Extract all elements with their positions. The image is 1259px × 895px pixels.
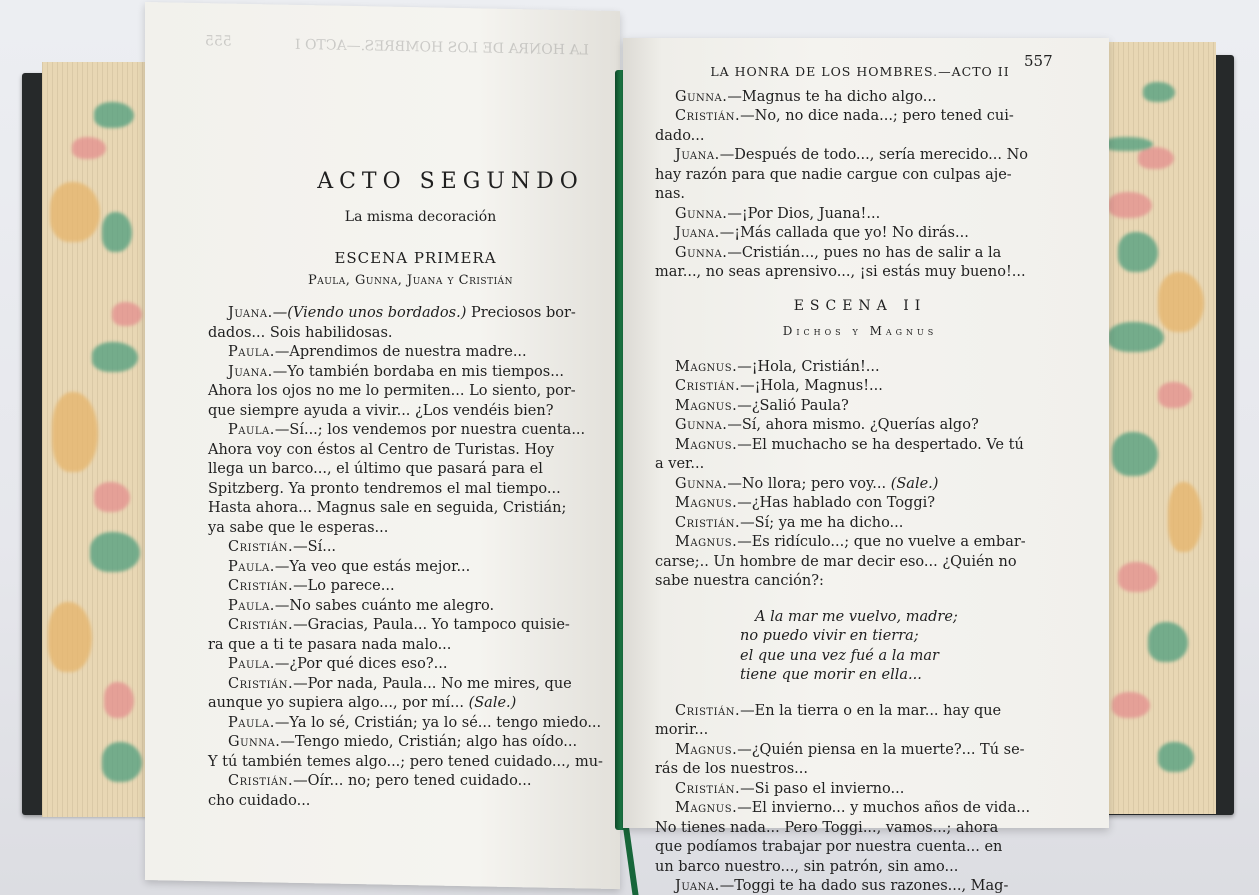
- dialogue-block-mid: Magnus.—¡Hola, Cristián!...Cristián.—¡Ho…: [655, 358, 1065, 592]
- dialogue-text: —El muchacho se ha despertado. Ve tú: [737, 437, 1024, 453]
- dialogue-text: —¿Salió Paula?: [737, 398, 849, 414]
- dialogue-line: Paula.—Aprendimos de nuestra madre...: [208, 343, 613, 363]
- dialogue-text: —Después de todo..., sería merecido... N…: [720, 147, 1028, 163]
- speaker-name: Paula.: [228, 715, 275, 731]
- dialogue-line: Gunna.—¡Por Dios, Juana!...: [655, 205, 1065, 225]
- dialogue-line: Magnus.—El invierno... y muchos años de …: [655, 799, 1065, 819]
- dialogue-text: rás de los nuestros...: [655, 761, 808, 777]
- dialogue-text: —El invierno... y muchos años de vida...: [737, 800, 1030, 816]
- dialogue-text: —¿Por qué dices eso?...: [275, 656, 448, 672]
- dialogue-text: que siempre ayuda a vivir... ¿Los vendéi…: [208, 403, 553, 419]
- dialogue-line: Juana.—Toggi te ha dado sus razones..., …: [655, 877, 1065, 895]
- dialogue-block: Juana.—(Viendo unos bordados.) Preciosos…: [208, 304, 613, 811]
- speaker-name: Magnus.: [675, 495, 737, 511]
- dialogue-line: Juana.—¡Más callada que yo! No dirás...: [655, 224, 1065, 244]
- dialogue-line: carse;.. Un hombre de mar decir eso... ¿…: [655, 553, 1065, 573]
- dialogue-line: llega un barco..., el último que pasará …: [208, 460, 613, 480]
- stage-direction: (Sale.): [886, 476, 938, 492]
- speaker-name: Gunna.: [675, 206, 727, 222]
- dialogue-text: —Yo también bordaba en mis tiempos...: [273, 364, 564, 380]
- dialogue-line: Paula.—¿Por qué dices eso?...: [208, 655, 613, 675]
- dialogue-text: —Toggi te ha dado sus razones..., Mag-: [720, 878, 1009, 894]
- dialogue-line: Cristián.—Sí...: [208, 538, 613, 558]
- dialogue-text: mar..., no seas aprensivo..., ¡si estás …: [655, 264, 1026, 280]
- dialogue-text: —Magnus te ha dicho algo...: [727, 89, 936, 105]
- dialogue-line: Cristián.—Si paso el invierno...: [655, 780, 1065, 800]
- speaker-name: Cristián.: [675, 781, 740, 797]
- dialogue-text: —Por nada, Paula... No me mires, que: [293, 676, 572, 692]
- dialogue-text: —¡Hola, Magnus!...: [740, 378, 883, 394]
- speaker-name: Paula.: [228, 422, 275, 438]
- stage-decoration: La misma decoración: [228, 208, 613, 228]
- dialogue-text: ra que a ti te pasara nada malo...: [208, 637, 451, 653]
- dialogue-line: Cristián.—Gracias, Paula... Yo tampoco q…: [208, 616, 613, 636]
- speaker-name: Juana.: [228, 305, 273, 321]
- dialogue-text: No tienes nada... Pero Toggi..., vamos..…: [655, 820, 998, 836]
- dialogue-text: Ahora voy con éstos al Centro de Turista…: [208, 442, 554, 458]
- speaker-name: Gunna.: [675, 245, 727, 261]
- dialogue-line: Magnus.—¿Quién piensa en la muerte?... T…: [655, 741, 1065, 761]
- dialogue-text: —¡Más callada que yo! No dirás...: [720, 225, 969, 241]
- dialogue-line: Cristián.—¡Hola, Magnus!...: [655, 377, 1065, 397]
- stage-direction: —(Viendo unos bordados.): [273, 305, 467, 321]
- speaker-name: Gunna.: [228, 734, 280, 750]
- dialogue-line: Magnus.—¿Has hablado con Toggi?: [655, 494, 1065, 514]
- ribbon-bookmark-tail: [622, 820, 639, 895]
- speaker-name: Cristián.: [228, 617, 293, 633]
- dialogue-text: —En la tierra o en la mar... hay que: [740, 703, 1001, 719]
- speaker-name: Magnus.: [675, 359, 737, 375]
- dialogue-line: Paula.—Ya veo que estás mejor...: [208, 558, 613, 578]
- speaker-name: Gunna.: [675, 476, 727, 492]
- dialogue-text: a ver...: [655, 456, 704, 472]
- dialogue-text: —Ya lo sé, Cristián; ya lo sé... tengo m…: [275, 715, 601, 731]
- show-through-header: LA HONRA DE LOS HOMBRES.—ACTO I: [295, 37, 589, 59]
- scene-cast: Paula, Gunna, Juana y Cristián: [208, 271, 613, 291]
- speaker-name: Paula.: [228, 598, 275, 614]
- dialogue-text: ya sabe que le esperas...: [208, 520, 388, 536]
- dialogue-line: sabe nuestra canción?:: [655, 572, 1065, 592]
- dialogue-text: dados... Sois habilidosas.: [208, 325, 393, 341]
- dialogue-line: Magnus.—¿Salió Paula?: [655, 397, 1065, 417]
- speaker-name: Magnus.: [675, 742, 737, 758]
- dialogue-line: Juana.—Yo también bordaba en mis tiempos…: [208, 363, 613, 383]
- speaker-name: Juana.: [675, 878, 720, 894]
- dialogue-text: Preciosos bor-: [466, 305, 575, 321]
- dialogue-line: Juana.—(Viendo unos bordados.) Preciosos…: [208, 304, 613, 324]
- dialogue-line: dado...: [655, 127, 1065, 147]
- dialogue-line: Cristián.—En la tierra o en la mar... ha…: [655, 702, 1065, 722]
- dialogue-text: llega un barco..., el último que pasará …: [208, 461, 543, 477]
- dialogue-text: —Oír... no; pero tened cuidado...: [293, 773, 531, 789]
- dialogue-text: —No llora; pero voy...: [727, 476, 886, 492]
- dialogue-line: Juana.—Después de todo..., sería merecid…: [655, 146, 1065, 166]
- dialogue-line: Gunna.—Sí, ahora mismo. ¿Querías algo?: [655, 416, 1065, 436]
- speaker-name: Paula.: [228, 559, 275, 575]
- dialogue-line: Paula.—Ya lo sé, Cristián; ya lo sé... t…: [208, 714, 613, 734]
- dialogue-text: —Ya veo que estás mejor...: [275, 559, 470, 575]
- speaker-name: Cristián.: [228, 773, 293, 789]
- verse-line: tiene que morir en ella...: [655, 666, 1065, 686]
- dialogue-text: Y tú también temes algo...; pero tened c…: [208, 754, 603, 770]
- speaker-name: Cristián.: [675, 378, 740, 394]
- dialogue-line: cho cuidado...: [208, 792, 613, 812]
- verse-line: el que una vez fué a la mar: [655, 647, 1065, 667]
- dialogue-text: Ahora los ojos no me lo permiten... Lo s…: [208, 383, 576, 399]
- dialogue-text: que podíamos trabajar por nuestra cuenta…: [655, 839, 1002, 855]
- dialogue-line: Gunna.—Cristián..., pues no has de salir…: [655, 244, 1065, 264]
- act-title: ACTO SEGUNDO: [288, 172, 613, 192]
- speaker-name: Magnus.: [675, 398, 737, 414]
- dialogue-line: hay razón para que nadie cargue con culp…: [655, 166, 1065, 186]
- dialogue-line: aunque yo supiera algo..., por mí... (Sa…: [208, 694, 613, 714]
- dialogue-text: Spitzberg. Ya pronto tendremos el mal ti…: [208, 481, 561, 497]
- dialogue-line: morir...: [655, 721, 1065, 741]
- dialogue-line: Gunna.—Magnus te ha dicho algo...: [655, 88, 1065, 108]
- dialogue-line: a ver...: [655, 455, 1065, 475]
- speaker-name: Juana.: [675, 147, 720, 163]
- dialogue-line: Magnus.—¡Hola, Cristián!...: [655, 358, 1065, 378]
- dialogue-text: —¡Por Dios, Juana!...: [727, 206, 880, 222]
- dialogue-line: mar..., no seas aprensivo..., ¡si estás …: [655, 263, 1065, 283]
- speaker-name: Juana.: [675, 225, 720, 241]
- dialogue-line: Cristián.—Lo parece...: [208, 577, 613, 597]
- dialogue-line: ra que a ti te pasara nada malo...: [208, 636, 613, 656]
- speaker-name: Magnus.: [675, 800, 737, 816]
- dialogue-text: un barco nuestro..., sin patrón, sin amo…: [655, 859, 958, 875]
- dialogue-text: —No sabes cuánto me alegro.: [275, 598, 494, 614]
- speaker-name: Magnus.: [675, 534, 737, 550]
- verse-line: A la mar me vuelvo, madre;: [655, 608, 1065, 628]
- dialogue-text: dado...: [655, 128, 705, 144]
- dialogue-text: —Es ridículo...; que no vuelve a embar-: [737, 534, 1025, 550]
- speaker-name: Gunna.: [675, 89, 727, 105]
- speaker-name: Cristián.: [228, 676, 293, 692]
- dialogue-text: —¡Hola, Cristián!...: [737, 359, 879, 375]
- dialogue-line: Spitzberg. Ya pronto tendremos el mal ti…: [208, 480, 613, 500]
- dialogue-line: nas.: [655, 185, 1065, 205]
- dialogue-block-bottom: Cristián.—En la tierra o en la mar... ha…: [655, 702, 1065, 895]
- dialogue-line: Paula.—No sabes cuánto me alegro.: [208, 597, 613, 617]
- scene-cast-2: Dichos y Magnus: [655, 322, 1065, 342]
- speaker-name: Cristián.: [675, 108, 740, 124]
- speaker-name: Cristián.: [228, 578, 293, 594]
- verse-line: no puedo vivir en tierra;: [655, 627, 1065, 647]
- dialogue-text: carse;.. Un hombre de mar decir eso... ¿…: [655, 554, 1017, 570]
- dialogue-line: Magnus.—El muchacho se ha despertado. Ve…: [655, 436, 1065, 456]
- dialogue-text: —Sí...: [293, 539, 336, 555]
- dialogue-text: morir...: [655, 722, 708, 738]
- dialogue-text: —Sí, ahora mismo. ¿Querías algo?: [727, 417, 978, 433]
- dialogue-line: Hasta ahora... Magnus sale en seguida, C…: [208, 499, 613, 519]
- speaker-name: Cristián.: [228, 539, 293, 555]
- dialogue-text: hay razón para que nadie cargue con culp…: [655, 167, 1012, 183]
- scene-title-2: ESCENA II: [655, 297, 1065, 317]
- decorated-page-edge-left: [42, 62, 150, 817]
- dialogue-text: —Aprendimos de nuestra madre...: [275, 344, 527, 360]
- right-page-text: LA HONRA DE LOS HOMBRES.—ACTO II Gunna.—…: [655, 62, 1065, 895]
- dialogue-line: Gunna.—No llora; pero voy... (Sale.): [655, 475, 1065, 495]
- dialogue-line: Cristián.—Por nada, Paula... No me mires…: [208, 675, 613, 695]
- dialogue-text: sabe nuestra canción?:: [655, 573, 824, 589]
- dialogue-line: Cristián.—Oír... no; pero tened cuidado.…: [208, 772, 613, 792]
- dialogue-text: —¿Has hablado con Toggi?: [737, 495, 935, 511]
- dialogue-text: —Lo parece...: [293, 578, 394, 594]
- dialogue-text: —Gracias, Paula... Yo tampoco quisie-: [293, 617, 570, 633]
- dialogue-text: —No, no dice nada...; pero tened cui-: [740, 108, 1014, 124]
- dialogue-line: rás de los nuestros...: [655, 760, 1065, 780]
- left-page-text: ACTO SEGUNDO La misma decoración ESCENA …: [208, 172, 613, 811]
- dialogue-line: Paula.—Sí...; los vendemos por nuestra c…: [208, 421, 613, 441]
- dialogue-line: Y tú también temes algo...; pero tened c…: [208, 753, 613, 773]
- dialogue-line: Gunna.—Tengo miedo, Cristián; algo has o…: [208, 733, 613, 753]
- dialogue-text: —Sí; ya me ha dicho...: [740, 515, 903, 531]
- dialogue-line: que siempre ayuda a vivir... ¿Los vendéi…: [208, 402, 613, 422]
- dialogue-text: —Sí...; los vendemos por nuestra cuenta.…: [275, 422, 585, 438]
- speaker-name: Juana.: [228, 364, 273, 380]
- dialogue-line: Ahora voy con éstos al Centro de Turista…: [208, 441, 613, 461]
- speaker-name: Cristián.: [675, 515, 740, 531]
- speaker-name: Paula.: [228, 656, 275, 672]
- dialogue-line: Magnus.—Es ridículo...; que no vuelve a …: [655, 533, 1065, 553]
- dialogue-line: ya sabe que le esperas...: [208, 519, 613, 539]
- dialogue-text: —¿Quién piensa en la muerte?... Tú se-: [737, 742, 1024, 758]
- dialogue-line: que podíamos trabajar por nuestra cuenta…: [655, 838, 1065, 858]
- running-head: LA HONRA DE LOS HOMBRES.—ACTO II: [655, 62, 1065, 82]
- dialogue-block-top: Gunna.—Magnus te ha dicho algo...Cristiá…: [655, 88, 1065, 283]
- dialogue-line: Ahora los ojos no me lo permiten... Lo s…: [208, 382, 613, 402]
- dialogue-line: un barco nuestro..., sin patrón, sin amo…: [655, 858, 1065, 878]
- show-through-page-number: 555: [205, 33, 232, 50]
- speaker-name: Gunna.: [675, 417, 727, 433]
- dialogue-text: aunque yo supiera algo..., por mí...: [208, 695, 464, 711]
- dialogue-text: cho cuidado...: [208, 793, 310, 809]
- song-verse: A la mar me vuelvo, madre;no puedo vivir…: [655, 608, 1065, 686]
- dialogue-text: Hasta ahora... Magnus sale en seguida, C…: [208, 500, 566, 516]
- dialogue-text: —Si paso el invierno...: [740, 781, 904, 797]
- dialogue-line: No tienes nada... Pero Toggi..., vamos..…: [655, 819, 1065, 839]
- stage-direction: (Sale.): [464, 695, 516, 711]
- dialogue-line: Cristián.—Sí; ya me ha dicho...: [655, 514, 1065, 534]
- dialogue-text: —Tengo miedo, Cristián; algo has oído...: [280, 734, 577, 750]
- decorated-page-edge-right: [1098, 42, 1216, 814]
- dialogue-line: Cristián.—No, no dice nada...; pero tene…: [655, 107, 1065, 127]
- dialogue-text: —Cristián..., pues no has de salir a la: [727, 245, 1001, 261]
- speaker-name: Paula.: [228, 344, 275, 360]
- scene-title: ESCENA PRIMERA: [218, 249, 613, 269]
- dialogue-line: dados... Sois habilidosas.: [208, 324, 613, 344]
- speaker-name: Cristián.: [675, 703, 740, 719]
- speaker-name: Magnus.: [675, 437, 737, 453]
- dialogue-text: nas.: [655, 186, 685, 202]
